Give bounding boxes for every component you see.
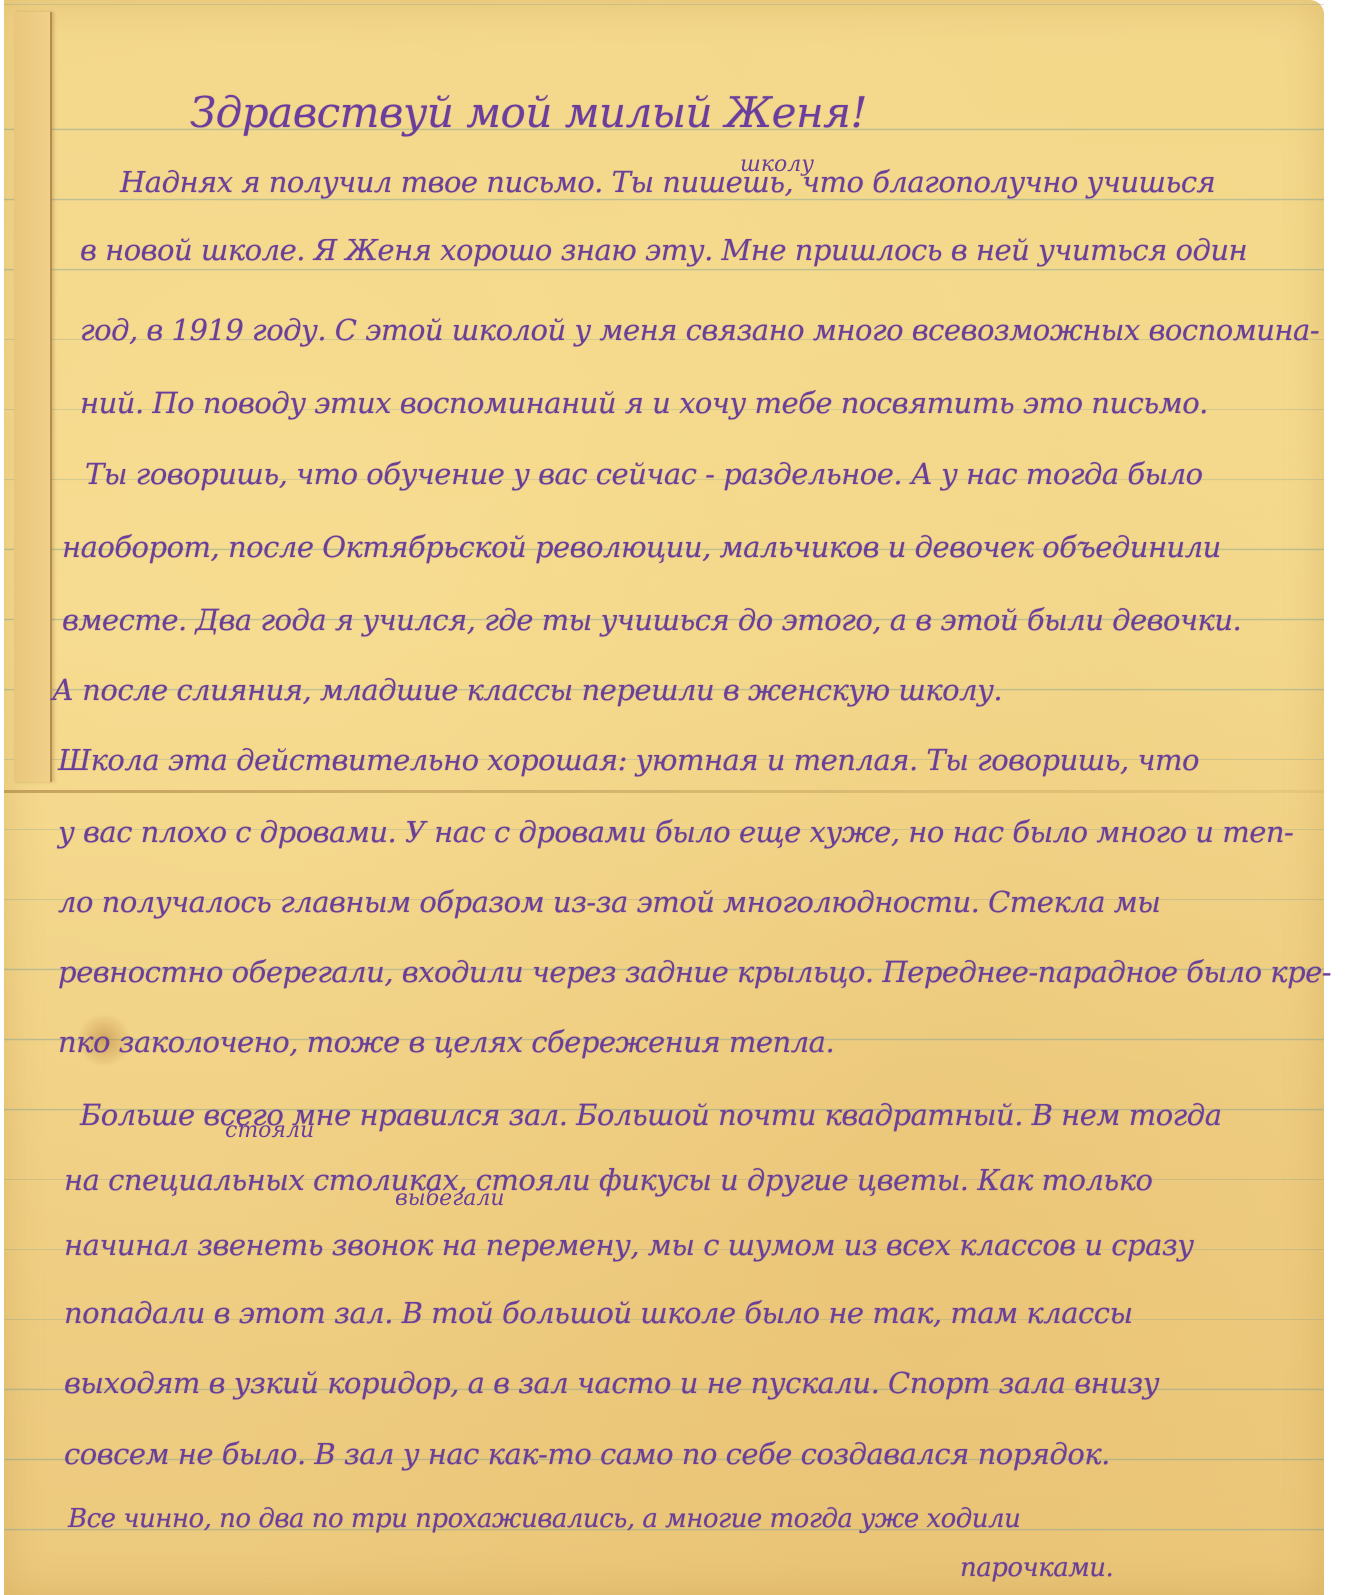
letter-line: ний. По поводу этих воспоминаний я и хоч…	[80, 386, 1208, 420]
letter-line: ревностно оберегали, входили через задни…	[58, 955, 1331, 989]
letter-line: А после слияния, младшие классы перешли …	[52, 673, 1002, 707]
letter-line: наоборот, после Октябрьской революции, м…	[62, 530, 1221, 564]
letter-line: в новой школе. Я Женя хорошо знаю эту. М…	[80, 233, 1247, 267]
letter-line: попадали в этот зал. В той большой школе…	[64, 1296, 1133, 1330]
handwritten-letter: Здравствуй мой милый Женя! школу Надняx …	[0, 0, 1372, 1595]
letter-line: на специальных столиках, стояли фикусы и…	[64, 1163, 1153, 1197]
letter-line: вместе. Два года я учился, где ты учишьс…	[62, 603, 1241, 637]
letter-line: совсем не было. В зал у нас как-то само …	[64, 1437, 1110, 1471]
letter-line: пко заколочено, тоже в целях сбережения …	[58, 1025, 834, 1059]
letter-line: ло получалось главным образом из-за этой…	[58, 885, 1160, 919]
letter-line: у вас плохо с дровами. У нас с дровами б…	[58, 815, 1293, 849]
letter-line: начинал звенеть звонок на перемену, мы с…	[64, 1228, 1194, 1262]
letter-line: Все чинно, по два по три прохаживались, …	[68, 1504, 1020, 1534]
insertion-above-line: выбегали	[395, 1186, 505, 1211]
letter-line: Надняx я получил твое письмо. Ты пишешь,…	[120, 165, 1215, 199]
insertion-above-line: стояли	[225, 1118, 314, 1143]
letter-greeting: Здравствуй мой милый Женя!	[190, 88, 867, 137]
letter-line: год, в 1919 году. С этой школой у меня с…	[80, 313, 1319, 347]
letter-line: выходят в узкий коридор, а в зал часто и…	[64, 1366, 1159, 1400]
letter-line: Ты говоришь, что обучение у вас сейчас -…	[85, 457, 1203, 491]
letter-line: Школа эта действительно хорошая: уютная …	[58, 743, 1199, 777]
letter-line: парочками.	[960, 1553, 1113, 1583]
